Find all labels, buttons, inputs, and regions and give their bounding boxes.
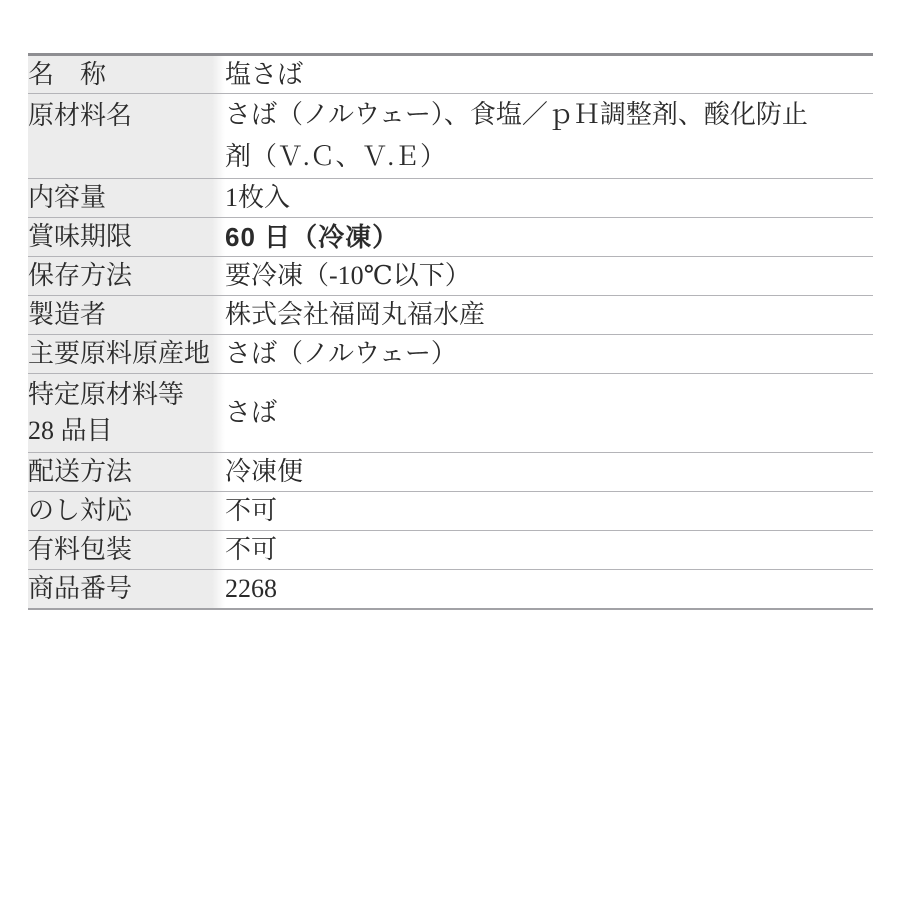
row-label: 製造者	[28, 296, 225, 335]
row-value: 60 日（冷凍）	[225, 218, 873, 257]
row-label: 名 称	[28, 55, 225, 94]
table-row-contents: 内容量 1枚入	[28, 179, 873, 218]
row-label: 保存方法	[28, 257, 225, 296]
row-label: 原材料名	[28, 94, 225, 179]
table-row-best-before: 賞味期限 60 日（冷凍）	[28, 218, 873, 257]
table-row-shipping: 配送方法 冷凍便	[28, 453, 873, 492]
product-spec-table: 名 称 塩さば 原材料名 さば（ノルウェー）、食塩／ｐＨ調整剤、酸化防止 剤（Ｖ…	[28, 53, 873, 610]
row-value: 冷凍便	[225, 453, 873, 492]
row-value: 不可	[225, 492, 873, 531]
table-row-origin: 主要原料原産地 さば（ノルウェー）	[28, 335, 873, 374]
row-label: 配送方法	[28, 453, 225, 492]
row-value: 株式会社福岡丸福水産	[225, 296, 873, 335]
table-row-name: 名 称 塩さば	[28, 55, 873, 94]
row-label: 有料包装	[28, 531, 225, 570]
table-row-manufacturer: 製造者 株式会社福岡丸福水産	[28, 296, 873, 335]
table-row-noshi: のし対応 不可	[28, 492, 873, 531]
table-row-item-number: 商品番号 2268	[28, 570, 873, 609]
table-row-paid-wrapping: 有料包装 不可	[28, 531, 873, 570]
row-label: 内容量	[28, 179, 225, 218]
row-label: 主要原料原産地	[28, 335, 225, 374]
row-value: 不可	[225, 531, 873, 570]
row-value: 要冷凍（-10℃以下）	[225, 257, 873, 296]
row-label: 商品番号	[28, 570, 225, 609]
product-spec-table-body: 名 称 塩さば 原材料名 さば（ノルウェー）、食塩／ｐＨ調整剤、酸化防止 剤（Ｖ…	[28, 55, 873, 609]
row-value: さば（ノルウェー）	[225, 335, 873, 374]
table-row-allergens: 特定原材料等 28 品目 さば	[28, 374, 873, 453]
row-value: 1枚入	[225, 179, 873, 218]
row-value: さば（ノルウェー）、食塩／ｐＨ調整剤、酸化防止 剤（Ｖ.Ｃ、Ｖ.Ｅ）	[225, 94, 873, 179]
row-value: 塩さば	[225, 55, 873, 94]
row-value: 2268	[225, 570, 873, 609]
row-label: 特定原材料等 28 品目	[28, 374, 225, 453]
row-value: さば	[225, 374, 873, 453]
row-label: のし対応	[28, 492, 225, 531]
row-label: 賞味期限	[28, 218, 225, 257]
table-row-storage: 保存方法 要冷凍（-10℃以下）	[28, 257, 873, 296]
table-row-ingredients: 原材料名 さば（ノルウェー）、食塩／ｐＨ調整剤、酸化防止 剤（Ｖ.Ｃ、Ｖ.Ｅ）	[28, 94, 873, 179]
product-spec-page: 名 称 塩さば 原材料名 さば（ノルウェー）、食塩／ｐＨ調整剤、酸化防止 剤（Ｖ…	[0, 0, 900, 900]
